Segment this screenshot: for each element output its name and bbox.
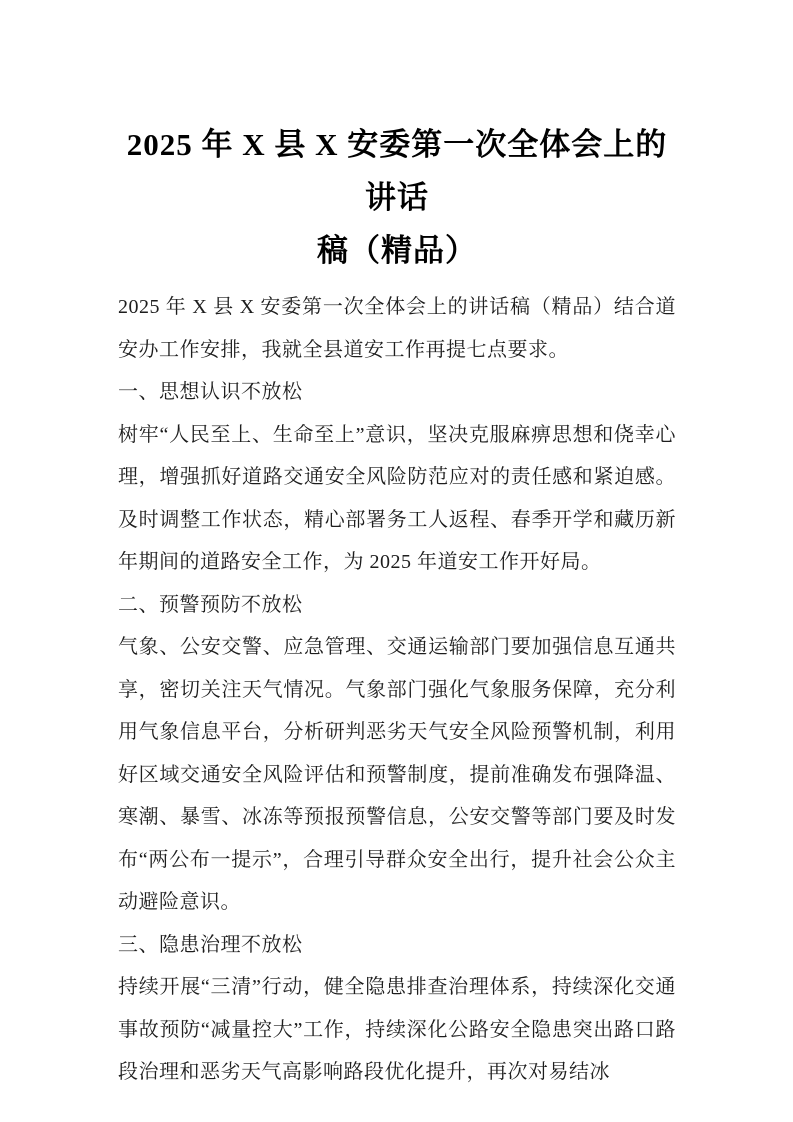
section-heading-1: 一、思想认识不放松 bbox=[118, 371, 676, 414]
document-paragraph-intro: 2025 年 X 县 X 安委第一次全体会上的讲话稿（精品）结合道安办工作安排，… bbox=[118, 286, 676, 371]
document-paragraph-section-2: 气象、公安交警、应急管理、交通运输部门要加强信息互通共享，密切关注天气情况。气象… bbox=[118, 626, 676, 924]
document-paragraph-section-3: 持续开展“三清”行动，健全隐患排查治理体系，持续深化交通事故预防“减量控大”工作… bbox=[118, 966, 676, 1094]
section-heading-2: 二、预警预防不放松 bbox=[118, 584, 676, 627]
document-title: 2025 年 X 县 X 安委第一次全体会上的讲话 稿（精品） bbox=[118, 118, 676, 277]
document-title-line-1: 2025 年 X 县 X 安委第一次全体会上的讲话 bbox=[118, 118, 676, 224]
document-page: 2025 年 X 县 X 安委第一次全体会上的讲话 稿（精品） 2025 年 X… bbox=[0, 0, 793, 1122]
section-heading-3: 三、隐患治理不放松 bbox=[118, 924, 676, 967]
document-paragraph-section-1: 树牢“人民至上、生命至上”意识，坚决克服麻痹思想和侥幸心理，增强抓好道路交通安全… bbox=[118, 414, 676, 584]
document-title-line-2: 稿（精品） bbox=[118, 224, 676, 277]
